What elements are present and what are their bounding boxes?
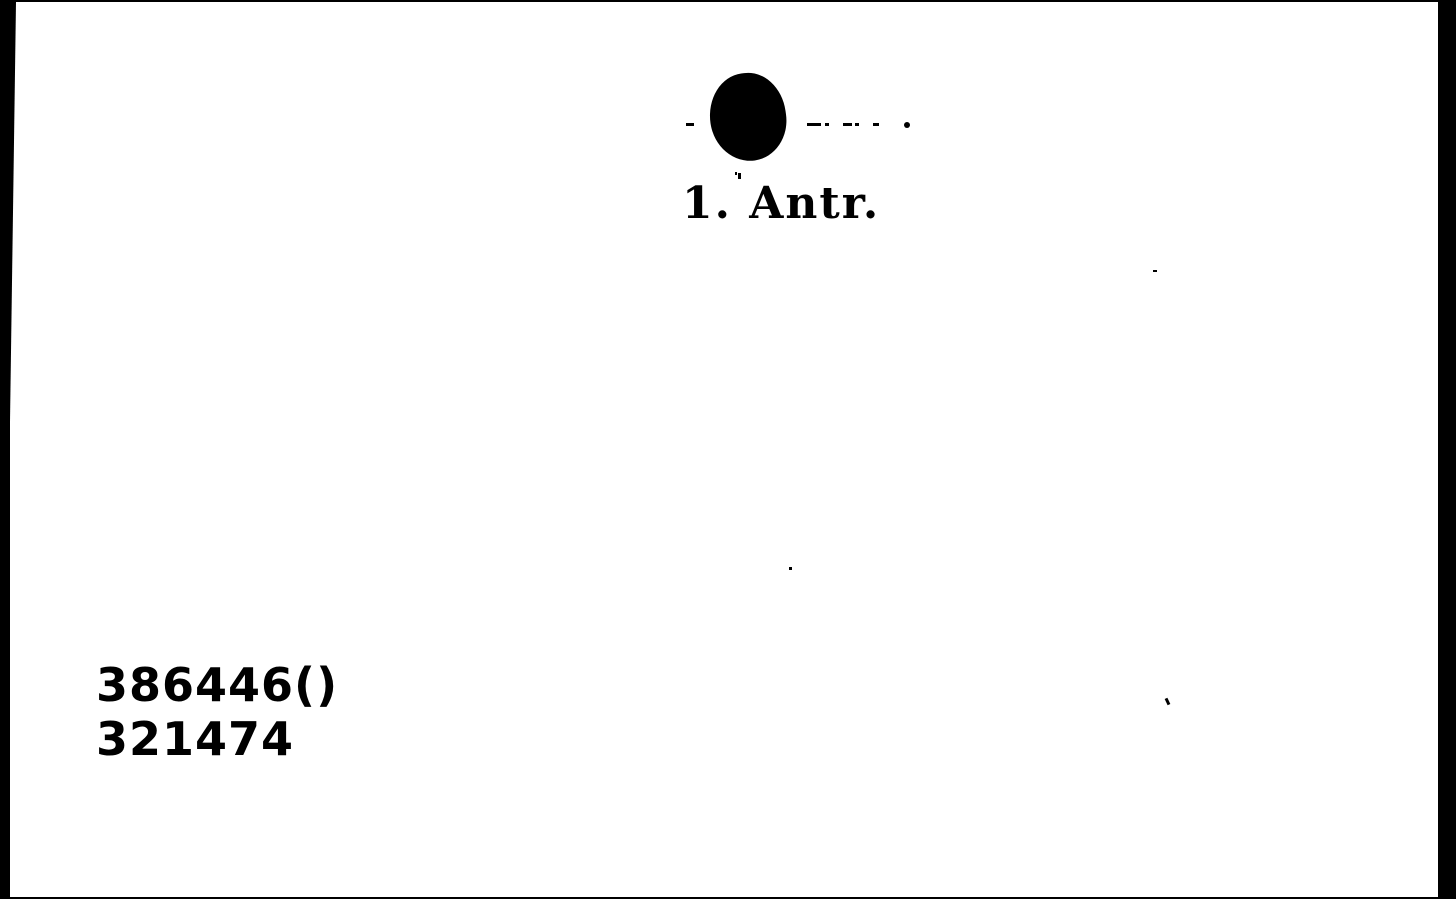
card-header-label: 1. Antr.: [682, 182, 880, 226]
reference-number-1: 386446(): [96, 658, 338, 712]
reference-numbers: 386446() 321474: [96, 658, 338, 766]
ink-speck: [1153, 270, 1157, 272]
punch-hole-icon: [704, 68, 792, 166]
ink-speck: [1165, 698, 1171, 706]
ink-speck: [735, 172, 737, 175]
ink-speck: [789, 567, 792, 570]
index-card: 1. Antr. 386446() 321474: [10, 2, 1438, 897]
reference-number-2: 321474: [96, 712, 338, 766]
